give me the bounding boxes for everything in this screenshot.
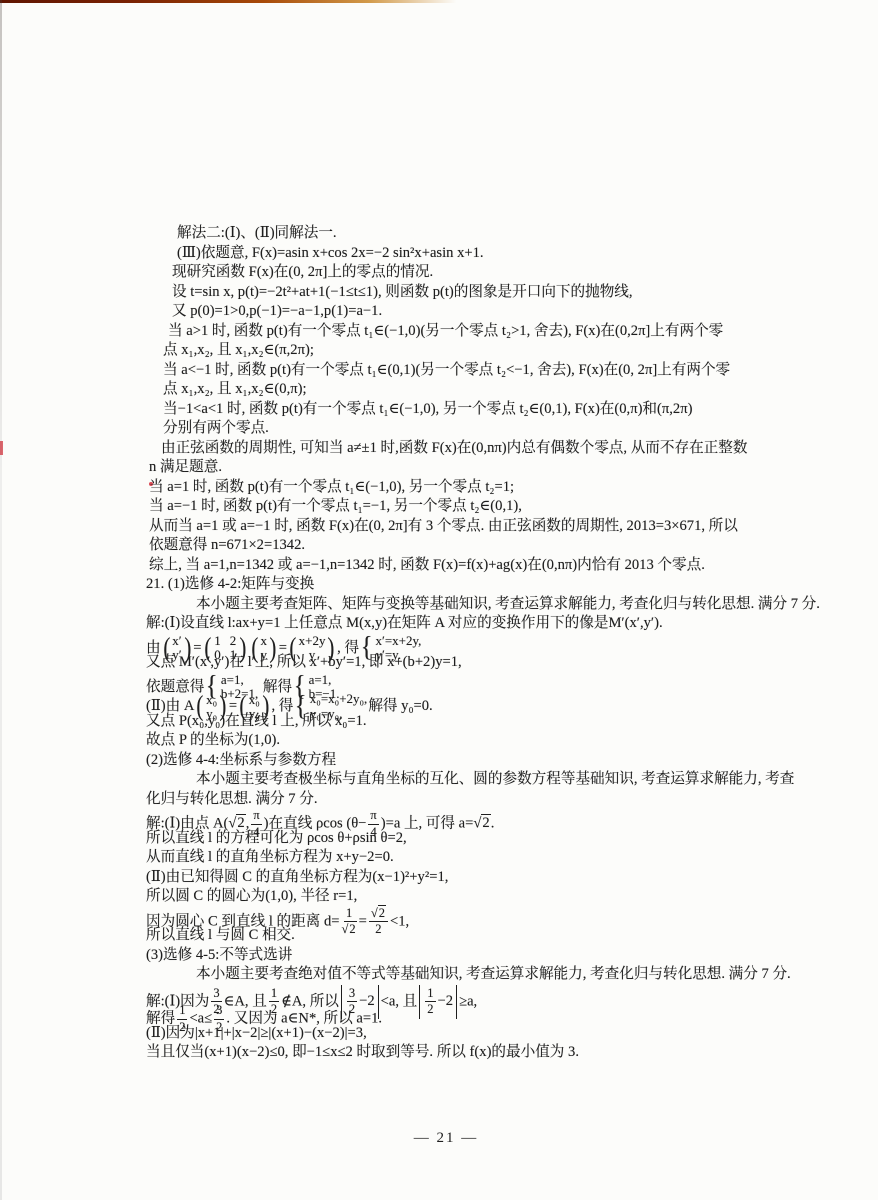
text-line: 依题意得 n=671×2=1342. bbox=[149, 536, 820, 556]
text-line: (Ⅱ)因为|x+1|+|x−2|≥|(x+1)−(x−2)|=3, bbox=[146, 1024, 820, 1044]
text-line: 当−1<a<1 时, 函数 p(t)有一个零点 t₁∈(−1,0), 另一个零点… bbox=[163, 400, 820, 420]
text-line: 当 a=1 时, 函数 p(t)有一个零点 t₁∈(−1,0), 另一个零点 t… bbox=[149, 478, 820, 498]
text-line: 解:(Ⅰ)因为32∈A, 且12∉A, 所以32−2<a, 且12−2≥a, bbox=[146, 985, 820, 1005]
text-line: 本小题主要考查绝对值不等式等基础知识, 考查运算求解能力, 考查化归与转化思想.… bbox=[146, 965, 820, 985]
text-line: 综上, 当 a=1,n=1342 或 a=−1,n=1342 时, 函数 F(x… bbox=[149, 556, 820, 576]
text-line: 现研究函数 F(x)在(0, 2π]上的零点的情况. bbox=[172, 263, 820, 283]
text-line: 当且仅当(x+1)(x−2)≤0, 即−1≤x≤2 时取到等号. 所以 f(x)… bbox=[146, 1043, 820, 1063]
text-line: 化归与转化思想. 满分 7 分. bbox=[146, 790, 820, 810]
scan-left-edge bbox=[0, 0, 2, 1200]
text-line: 点 x₁,x₂, 且 x₁,x₂∈(π,2π); bbox=[163, 341, 820, 361]
page-number: — 21 — bbox=[146, 1130, 746, 1147]
text-line: n 满足题意. bbox=[149, 458, 820, 478]
scan-top-edge bbox=[0, 0, 878, 3]
text-line: 由正弦函数的周期性, 可知当 a≠±1 时,函数 F(x)在(0,nπ)内总有偶… bbox=[161, 439, 820, 459]
text-line: 从而直线 l 的直角坐标方程为 x+y−2=0. bbox=[146, 848, 820, 868]
text-line: 当 a=−1 时, 函数 p(t)有一个零点 t₁=−1, 另一个零点 t₂∈(… bbox=[149, 497, 820, 517]
text-line: 当 a>1 时, 函数 p(t)有一个零点 t₁∈(−1,0)(另一个零点 t₂… bbox=[168, 322, 820, 342]
text-line: 所以圆 C 的圆心为(1,0), 半径 r=1, bbox=[146, 887, 820, 907]
text-line: (Ⅱ)由已知得圆 C 的直角坐标方程为(x−1)²+y²=1, bbox=[146, 868, 820, 888]
text-line: 解得12<a≤32. 又因为 a∈N*, 所以 a=1. bbox=[146, 1004, 820, 1024]
text-line: (3)选修 4-5:不等式选讲 bbox=[146, 946, 820, 966]
text-line: 解法二:(Ⅰ)、(Ⅱ)同解法一. bbox=[177, 224, 820, 244]
text-line: 从而当 a=1 或 a=−1 时, 函数 F(x)在(0, 2π]有 3 个零点… bbox=[149, 517, 820, 537]
text-line: 依题意得a=1,b+2=1, 解得a=1,b=−1. bbox=[146, 673, 820, 693]
text-line: 21. (1)选修 4-2:矩阵与变换 bbox=[146, 575, 820, 595]
text-line: 又点 P(x₀,y₀)在直线 l 上, 所以 x₀=1. bbox=[146, 712, 820, 732]
text-line: 由x′y′=1201xy=x+2yy, 得x′=x+2y,y′=y. bbox=[146, 634, 820, 654]
text-line: 所以直线 l 与圆 C 相交. bbox=[146, 926, 820, 946]
text-line: 又 p(0)=1>0,p(−1)=−a−1,p(1)=a−1. bbox=[172, 302, 820, 322]
text-line: 因为圆心 C 到直线 l 的距离 d=1√2=√22<1, bbox=[146, 907, 820, 927]
text-line: 本小题主要考查极坐标与直角坐标的互化、圆的参数方程等基础知识, 考查运算求解能力… bbox=[146, 770, 820, 790]
text-line: (Ⅱ)由 Ax₀y₀=x₀y₀, 得x₀=x₀+2y₀,y₀=y₀,解得 y₀=… bbox=[146, 692, 820, 712]
text-line: 设 t=sin x, p(t)=−2t²+at+1(−1≤t≤1), 则函数 p… bbox=[172, 283, 820, 303]
red-pen-mark-left bbox=[0, 441, 3, 455]
text-line: 当 a<−1 时, 函数 p(t)有一个零点 t₁∈(0,1)(另一个零点 t₂… bbox=[163, 361, 820, 381]
text-line: 解:(Ⅰ)设直线 l:ax+y=1 上任意点 M(x,y)在矩阵 A 对应的变换… bbox=[146, 614, 820, 634]
text-line: 本小题主要考查矩阵、矩阵与变换等基础知识, 考查运算求解能力, 考查化归与转化思… bbox=[146, 595, 820, 615]
text-line: 故点 P 的坐标为(1,0). bbox=[146, 731, 820, 751]
text-line: 点 x₁,x₂, 且 x₁,x₂∈(0,π); bbox=[163, 380, 820, 400]
text-line: 所以直线 l 的方程可化为 ρcos θ+ρsin θ=2, bbox=[146, 829, 820, 849]
document-content: 解法二:(Ⅰ)、(Ⅱ)同解法一.(Ⅲ)依题意, F(x)=asin x+cos … bbox=[146, 224, 820, 1063]
text-line: 解:(Ⅰ)由点 A(√2,π4)在直线 ρcos (θ−π4)=a 上, 可得 … bbox=[146, 809, 820, 829]
text-line: (2)选修 4-4:坐标系与参数方程 bbox=[146, 751, 820, 771]
text-line: 又点 M′(x′,y′)在 l′上, 所以 x′+by′=1, 即 x+(b+2… bbox=[146, 653, 820, 673]
text-line: 分别有两个零点. bbox=[163, 419, 820, 439]
text-line: (Ⅲ)依题意, F(x)=asin x+cos 2x=−2 sin²x+asin… bbox=[177, 244, 820, 264]
document-page: 解法二:(Ⅰ)、(Ⅱ)同解法一.(Ⅲ)依题意, F(x)=asin x+cos … bbox=[0, 0, 878, 1200]
